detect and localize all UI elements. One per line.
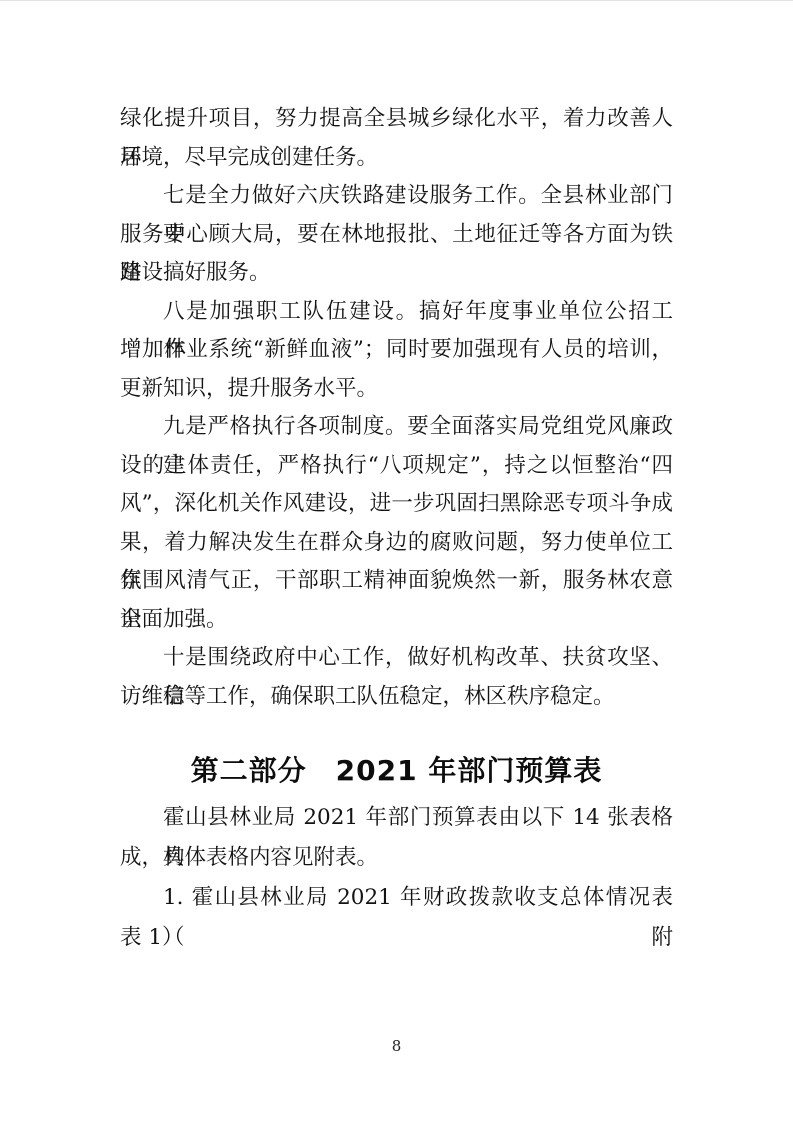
page-body-bottom: 霍山县林业局 2021 年部门预算表由以下 14 张表格构 成，具体表格内容见附… [120,798,673,958]
text-line: 八是加强职工队伍建设。搞好年度事业单位公招工作， [120,293,673,332]
text-line: 环境，尽早完成创建任务。 [120,139,673,178]
text-line: 1. 霍山县林业局 2021 年财政拨款收支总体情况表（附 [120,878,673,918]
text-line: 氛围风清气正，干部职工精神面貌焕然一新，服务林农意识 [120,562,673,601]
text-line: 建设搞好服务。 [120,254,673,293]
text-line: 服务中心顾大局，要在林地报批、土地征迁等各方面为铁路 [120,216,673,255]
document-page: 绿化提升项目，努力提高全县城乡绿化水平，着力改善人居 环境，尽早完成创建任务。 … [0,0,793,1122]
text-line: 果，着力解决发生在群众身边的腐败问题，努力使单位工作 [120,524,673,563]
text-line: 全面加强。 [120,601,673,640]
text-line: 设的主体责任，严格执行“八项规定”，持之以恒整治“四 [120,447,673,486]
text-line: 访维稳等工作，确保职工队伍稳定，林区秩序稳定。 [120,678,673,717]
text-line: 十是围绕政府中心工作，做好机构改革、扶贫攻坚、信 [120,639,673,678]
text-line: 九是严格执行各项制度。要全面落实局党组党风廉政建 [120,408,673,447]
page-number: 8 [0,1036,793,1056]
text-line: 成，具体表格内容见附表。 [120,838,673,878]
text-line: 霍山县林业局 2021 年部门预算表由以下 14 张表格构 [120,798,673,838]
text-line: 更新知识，提升服务水平。 [120,370,673,409]
text-line: 风”，深化机关作风建设，进一步巩固扫黑除恶专项斗争成 [120,485,673,524]
section-heading: 第二部分 2021 年部门预算表 [0,752,793,790]
text-line: 增加林业系统“新鲜血液”；同时要加强现有人员的培训， [120,331,673,370]
text-line: 绿化提升项目，努力提高全县城乡绿化水平，着力改善人居 [120,100,673,139]
page-body-top: 绿化提升项目，努力提高全县城乡绿化水平，着力改善人居 环境，尽早完成创建任务。 … [120,100,673,716]
text-line: 七是全力做好六庆铁路建设服务工作。全县林业部门要 [120,177,673,216]
